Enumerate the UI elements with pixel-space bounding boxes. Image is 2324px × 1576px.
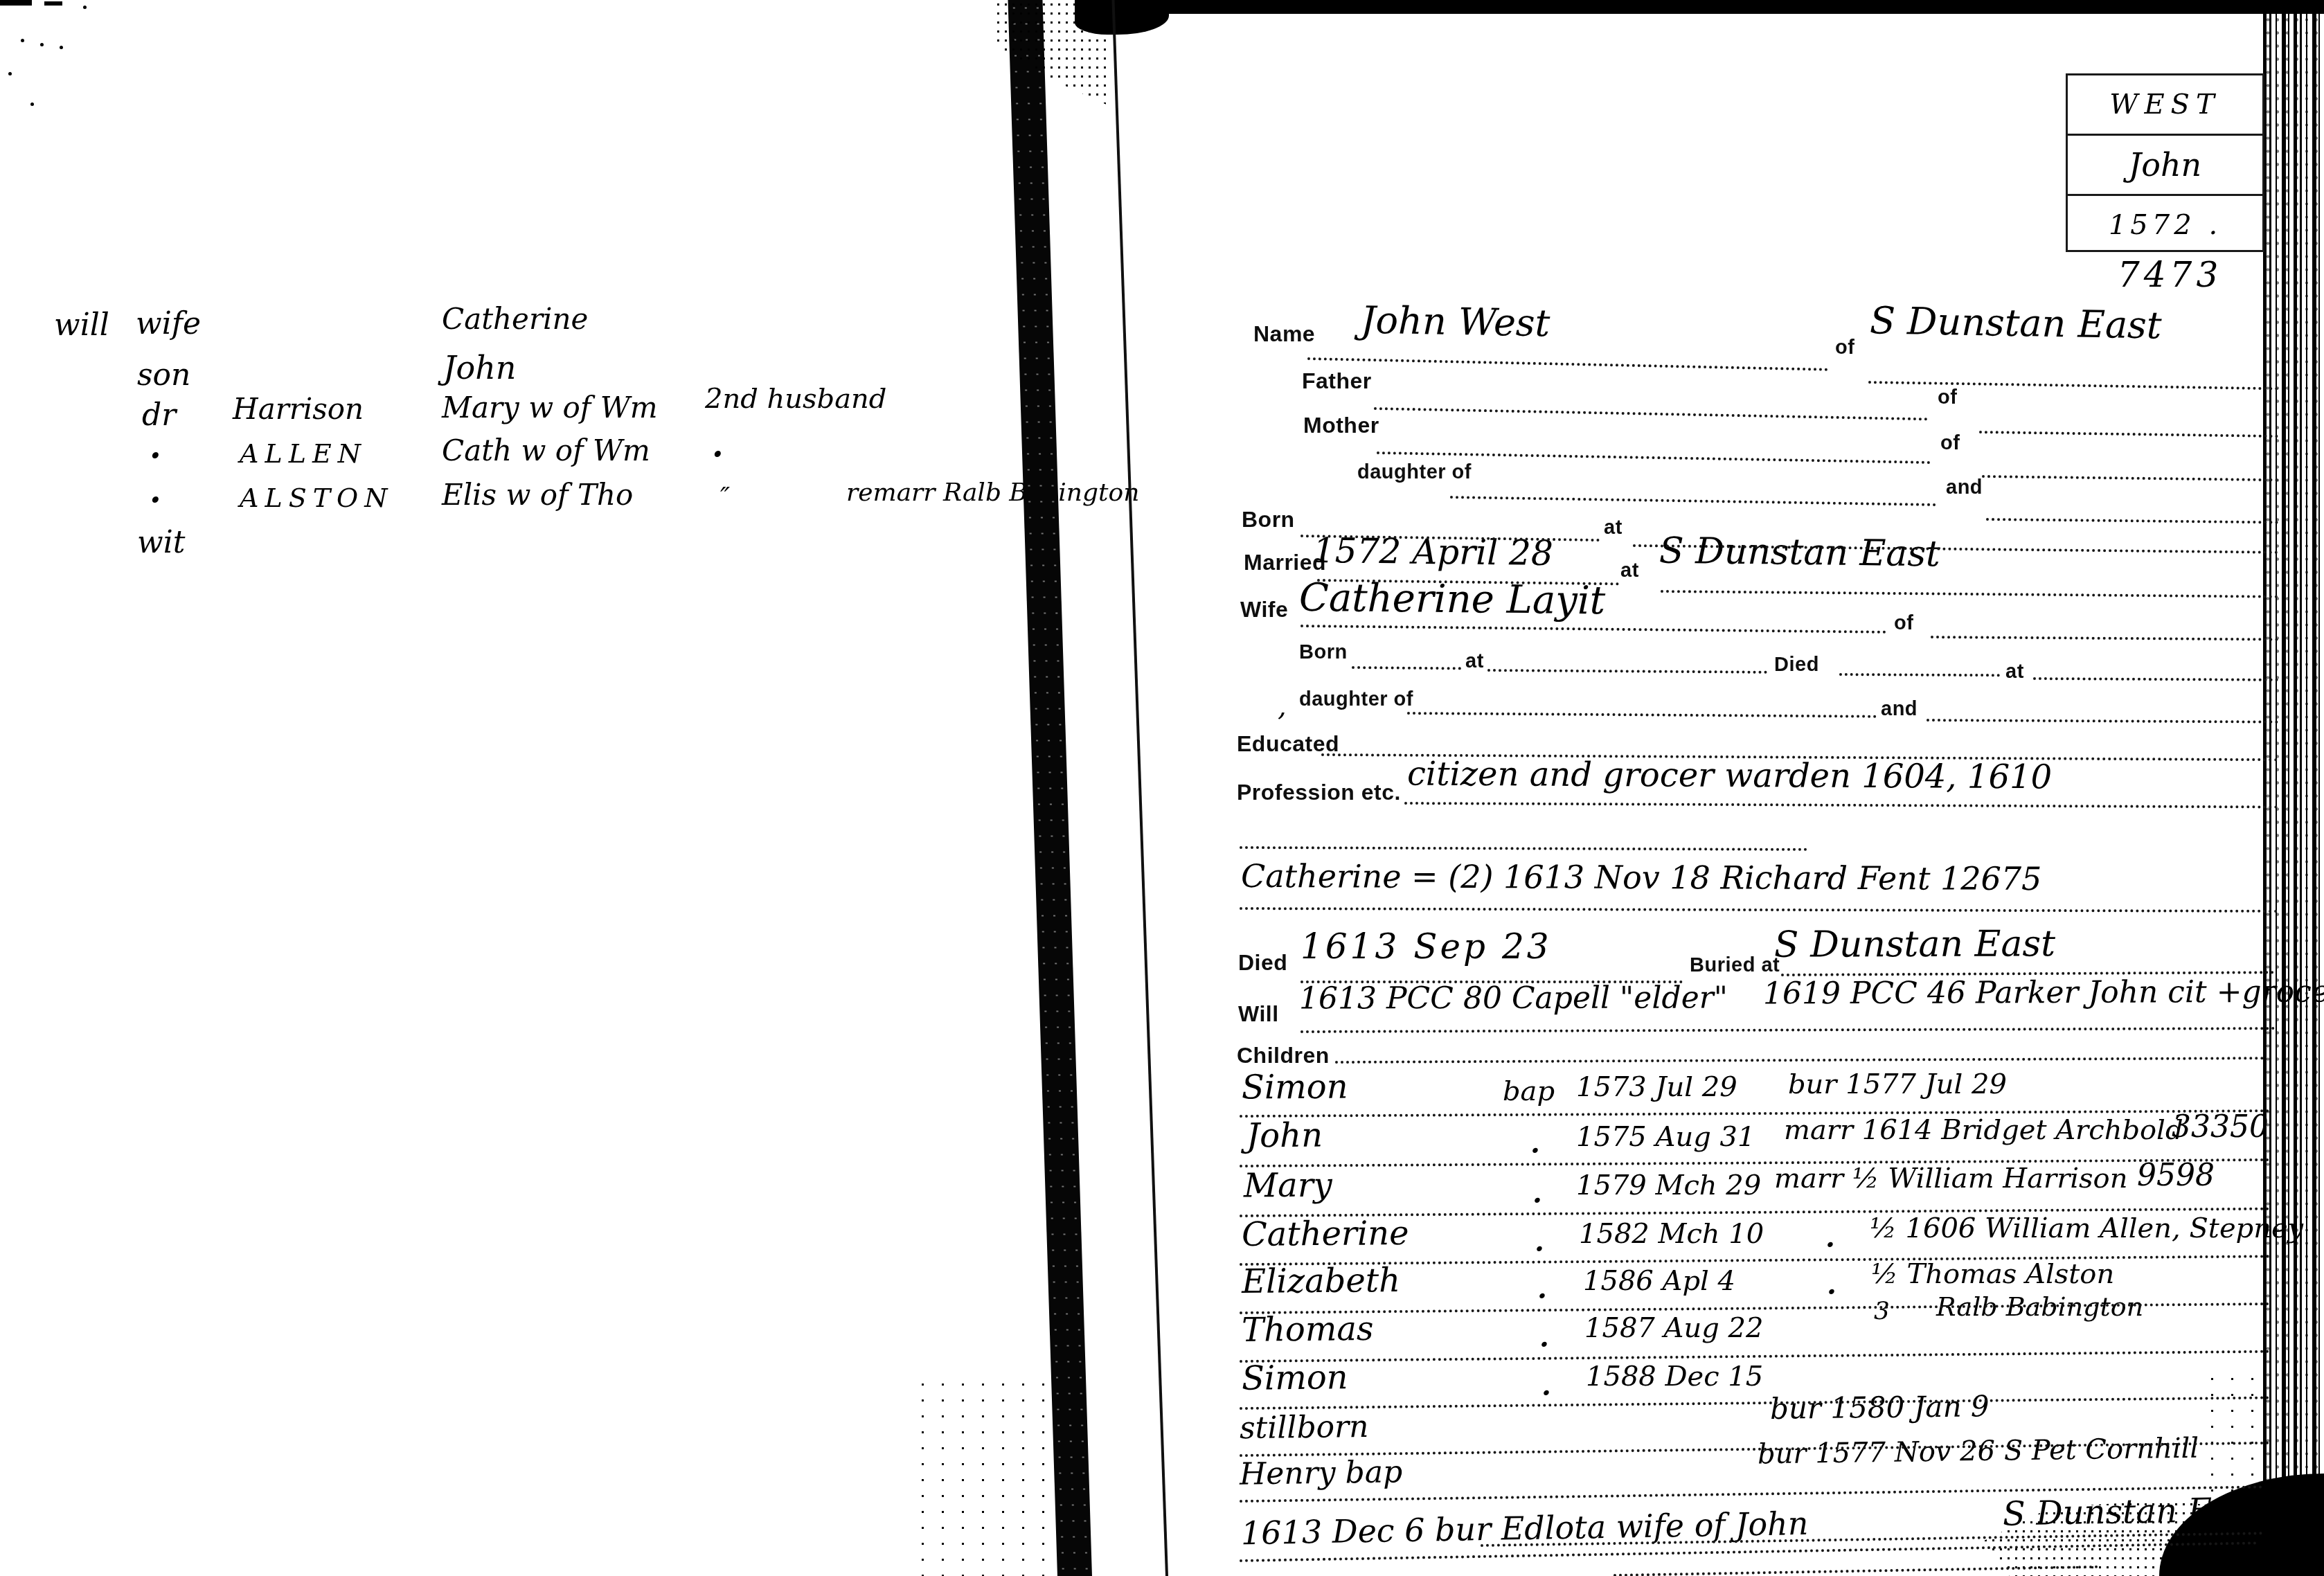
- form-buried-at-label: Buried at: [1690, 956, 1780, 976]
- card-film-number: 7473: [2118, 258, 2222, 292]
- child-date: 1579 Mch 29: [1576, 1172, 1761, 1199]
- page-edge-streaks: [2263, 0, 2324, 1576]
- child-date: 1582 Mch 10: [1579, 1220, 1764, 1248]
- child-name: Elizabeth: [1242, 1264, 1400, 1298]
- left-note-alston-remarriage: remarr Ralb Babington: [846, 481, 1139, 505]
- form-wife-label: Wife: [1240, 598, 1288, 620]
- child-ditto: ·: [1537, 1282, 1547, 1310]
- dotted-rule: [1450, 496, 1936, 506]
- dotted-rule: [1839, 673, 2000, 677]
- dotted-rule: [1407, 712, 1877, 718]
- child-event: bap: [1503, 1077, 1555, 1105]
- child-ditto: ·: [1532, 1187, 1542, 1215]
- dotted-rule: [1982, 475, 2278, 481]
- left-note-son: son: [137, 360, 190, 391]
- child-name: Henry bap: [1240, 1457, 1403, 1489]
- left-note-alston-name: Elis w of Tho: [442, 481, 633, 510]
- dotted-rule: [1404, 802, 2278, 809]
- left-ditto-mark: ·: [150, 439, 161, 472]
- child-ditto: ·: [1539, 1331, 1549, 1359]
- scan-noise: [2202, 1371, 2262, 1496]
- child-name: Mary: [1244, 1169, 1332, 1203]
- child-date: 1588 Dec 15: [1586, 1363, 1763, 1390]
- form-name-value: John West: [1361, 302, 1550, 343]
- scan-noise: [44, 1, 62, 6]
- child-ditto: ·: [1827, 1278, 1836, 1306]
- form-of-label: of: [1940, 433, 1960, 454]
- form-and-label: and: [1881, 699, 1918, 719]
- form-remarriage-note: Catherine = (2) 1613 Nov 18 Richard Fent…: [1241, 860, 2042, 895]
- form-profession-label: Profession etc.: [1237, 781, 1401, 803]
- left-note-alston-surname: ALSTON: [240, 485, 393, 511]
- left-ditto-mark: ·: [150, 483, 161, 517]
- form-children-label: Children: [1237, 1044, 1330, 1066]
- form-at-label: at: [1620, 561, 1639, 581]
- child-name: Thomas: [1242, 1312, 1374, 1347]
- form-buried-place: S Dunstan East: [1774, 926, 2055, 962]
- dotted-rule: [1300, 1027, 2276, 1033]
- scan-noise: [0, 0, 32, 6]
- child-info: bur 1577 Nov 26 S Pet Cornhill: [1758, 1435, 2199, 1469]
- left-note-alston-ditto: ″: [720, 483, 730, 510]
- child-ditto: ·: [1530, 1137, 1540, 1165]
- scan-noise: [8, 72, 12, 75]
- child-ref-number: 33350: [2172, 1112, 2269, 1143]
- card-surname: WEST: [2109, 91, 2220, 118]
- left-note-will: will: [54, 310, 109, 341]
- scan-noise: [913, 1377, 1061, 1576]
- form-will-label: Will: [1238, 1003, 1279, 1025]
- child-name: Catherine: [1242, 1217, 1409, 1251]
- scan-noise: [60, 46, 63, 49]
- form-wife-born-label: Born: [1299, 643, 1348, 663]
- scan-noise: [21, 39, 24, 42]
- child-date: 1573 Jul 29: [1576, 1073, 1737, 1101]
- dotted-rule: [1335, 1057, 2264, 1064]
- card-year: 1572 .: [2109, 211, 2222, 239]
- form-at-label: at: [1465, 652, 1484, 672]
- child-date: 1575 Aug 31: [1576, 1123, 1755, 1151]
- child-name: Simon: [1242, 1361, 1348, 1395]
- child-info: bur 1577 Jul 29: [1788, 1071, 2007, 1098]
- child-name: John: [1246, 1119, 1323, 1153]
- book-gutter-shadow: [1008, 0, 1092, 1576]
- form-died-label: Died: [1238, 951, 1287, 974]
- form-educated-label: Educated: [1237, 733, 1339, 755]
- form-and-label: and: [1946, 478, 1983, 498]
- form-born-label: Born: [1242, 508, 1295, 530]
- index-card: WEST John 1572 .: [2066, 73, 2264, 252]
- left-note-allen-surname: ALLEN: [240, 440, 367, 467]
- dotted-rule: [1927, 719, 2278, 724]
- scan-top-edge-shadow: [1105, 0, 2324, 14]
- dotted-rule: [2033, 677, 2278, 681]
- child-ditto: ·: [1541, 1379, 1551, 1407]
- page-fold-line: [1112, 0, 1168, 1576]
- left-note-dr-surname: Harrison: [233, 395, 364, 424]
- form-married-place: S Dunstan East: [1659, 533, 1941, 573]
- form-at-label: at: [2005, 662, 2024, 682]
- dotted-rule: [1240, 846, 1807, 851]
- form-profession-value: citizen and grocer warden 1604, 1610: [1407, 758, 2052, 794]
- form-wife-died-label: Died: [1774, 655, 1819, 675]
- left-note-wit: wit: [137, 528, 185, 558]
- form-will-value: 1613 PCC 80 Capell "elder": [1299, 983, 1728, 1014]
- form-of-label: of: [1835, 338, 1854, 358]
- form-father-label: Father: [1302, 370, 1372, 392]
- index-card-surname-row: WEST: [2068, 75, 2262, 136]
- child-info: marr 1614 Bridget Archbold: [1784, 1116, 2183, 1144]
- scan-noise: [30, 102, 34, 106]
- left-note-allen-ditto: ·: [712, 438, 724, 471]
- index-card-year-row: 1572 .: [2068, 196, 2262, 254]
- left-note-wife-name: Catherine: [442, 305, 588, 334]
- dotted-rule: [1487, 669, 1767, 674]
- dotted-rule: [1240, 907, 2278, 913]
- dotted-rule: [1300, 980, 1683, 983]
- dotted-rule: [1931, 636, 2278, 641]
- form-name-label: Name: [1253, 323, 1315, 345]
- dotted-rule: [1661, 590, 2278, 598]
- child-ref-number: 9598: [2137, 1161, 2215, 1191]
- child-ditto: ·: [1825, 1231, 1835, 1259]
- dotted-rule: [1352, 666, 1461, 670]
- dotted-rule: [1300, 625, 1886, 634]
- index-card-forename-row: John: [2068, 136, 2262, 196]
- child-ditto: ·: [1535, 1235, 1544, 1263]
- card-forename: John: [2129, 149, 2201, 181]
- dotted-rule: [1374, 407, 1928, 420]
- child-info: ½ 1606 William Allen, Stepney: [1870, 1215, 2303, 1242]
- form-daughter-of-label: daughter of: [1357, 463, 1472, 483]
- form-name-place: S Dunstan East: [1870, 302, 2162, 344]
- left-note-dr-note: 2nd husband: [705, 385, 886, 413]
- form-mother-label: Mother: [1303, 414, 1379, 436]
- form-will-value-2: 1619 PCC 46 Parker John cit +grocer: [1763, 977, 2324, 1010]
- form-of-label: of: [1938, 388, 1957, 408]
- left-note-son-name: John: [443, 352, 516, 384]
- form-daughter-of-label: daughter of: [1299, 690, 1413, 710]
- form-of-label: of: [1894, 614, 1913, 634]
- child-name: stillborn: [1240, 1412, 1369, 1444]
- child-info: marr ½ William Harrison: [1774, 1165, 2127, 1192]
- child-date: 1587 Aug 22: [1584, 1314, 1763, 1342]
- child-marriage-number: 3: [1874, 1299, 1890, 1324]
- child-name: Simon: [1242, 1071, 1348, 1104]
- scan-noise: [83, 6, 87, 9]
- bottom-burial-place: S Dunstan E: [2003, 1494, 2213, 1530]
- dotted-rule: [1986, 518, 2278, 523]
- child-info: bur 1580 Jan 9: [1770, 1392, 1990, 1424]
- child-info: ½ Thomas Alston: [1871, 1260, 2114, 1288]
- form-at-label: at: [1604, 518, 1623, 538]
- left-note-dr: dr: [142, 400, 176, 431]
- dotted-rule: [1868, 381, 2278, 390]
- dotted-rule: [1979, 431, 2278, 438]
- dotted-rule: [1240, 1396, 2270, 1410]
- form-wife-value: Catherine Layit: [1299, 579, 1606, 621]
- left-note-wife: wife: [136, 309, 201, 339]
- left-note-dr-name: Mary w of Wm: [442, 393, 658, 422]
- dotted-rule: [1307, 357, 1828, 371]
- form-died-value: 1613 Sep 23: [1300, 929, 1552, 964]
- left-note-allen-name: Cath w of Wm: [442, 436, 650, 465]
- child-date: 1586 Apl 4: [1583, 1267, 1735, 1295]
- scan-tick-mark: ,: [1278, 692, 1287, 720]
- scanned-parish-record-spread: will wife Catherine son John dr Harrison…: [0, 0, 2324, 1576]
- scan-noise: [40, 43, 44, 46]
